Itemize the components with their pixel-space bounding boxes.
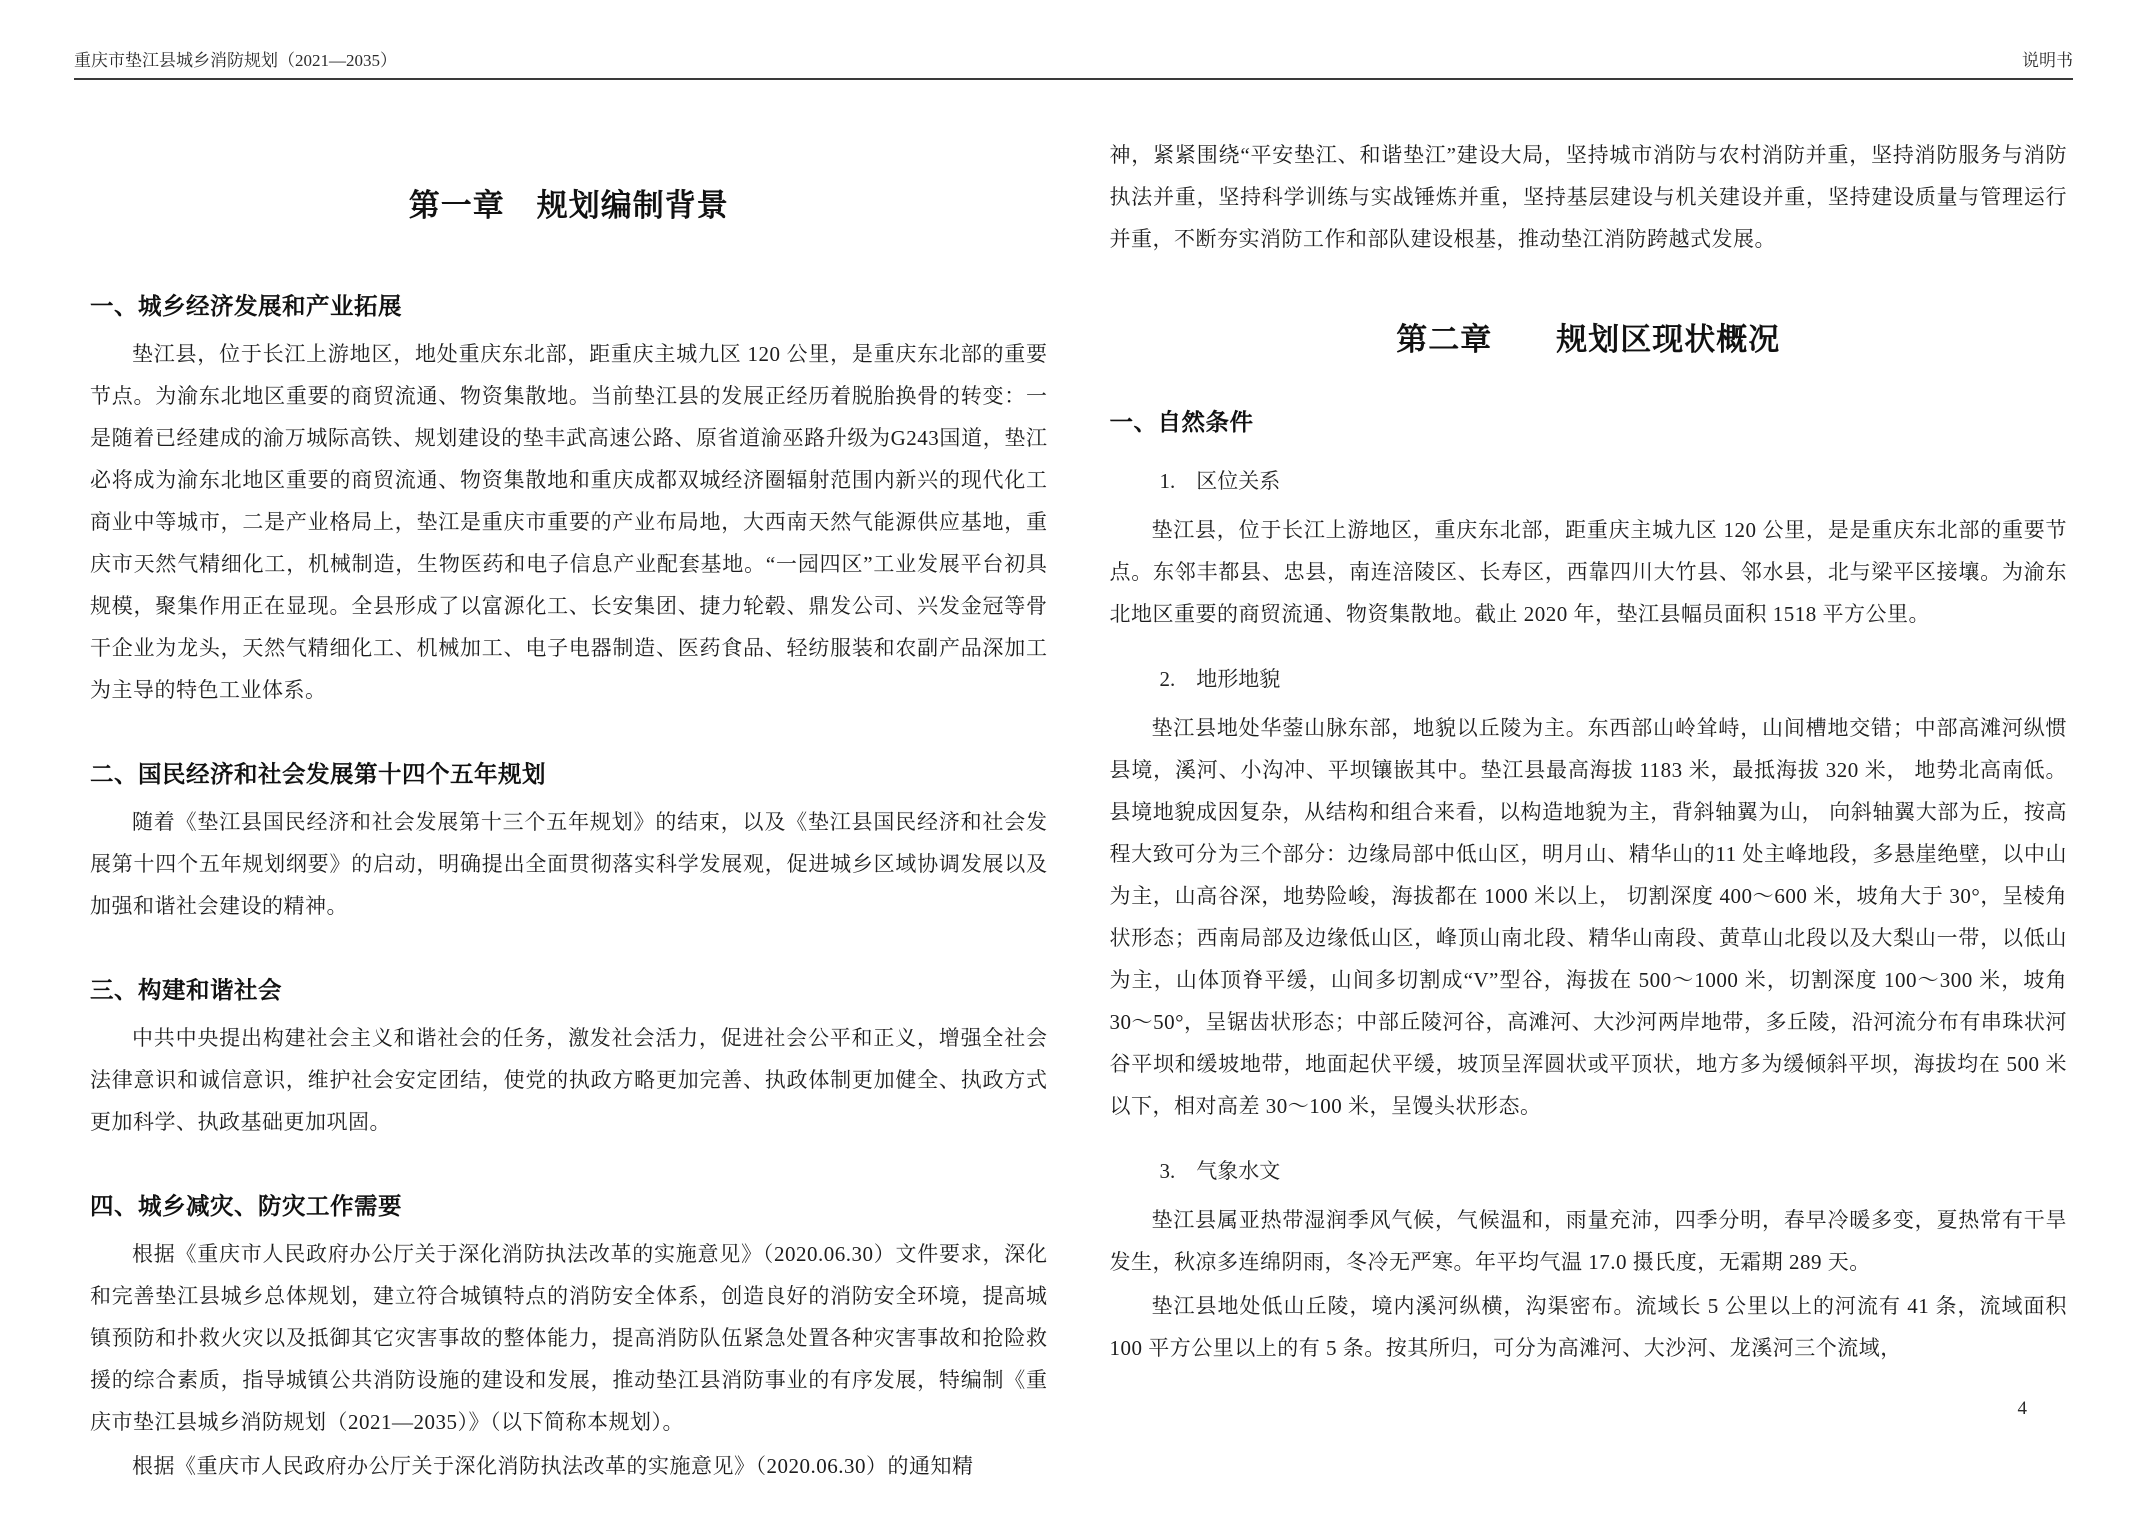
paragraph: 神，紧紧围绕“平安垫江、和谐垫江”建设大局，坚持城市消防与农村消防并重，坚持消防… <box>1110 134 2068 260</box>
section-heading: 二、国民经济和社会发展第十四个五年规划 <box>90 755 1048 789</box>
subsection-heading: 3. 气象水文 <box>1110 1155 2068 1185</box>
running-header-left: 重庆市垫江县城乡消防规划（2021—2035） <box>74 46 397 71</box>
section-heading: 一、自然条件 <box>1110 403 2068 437</box>
paragraph: 随着《垫江县国民经济和社会发展第十三个五年规划》的结束，以及《垫江县国民经济和社… <box>90 801 1048 927</box>
paragraph: 垫江县，位于长江上游地区，重庆东北部，距重庆主城九区 120 公里，是是重庆东北… <box>1110 509 2068 635</box>
paragraph: 垫江县，位于长江上游地区，地处重庆东北部，距重庆主城九区 120 公里，是重庆东… <box>90 333 1048 711</box>
paragraph: 垫江县地处低山丘陵，境内溪河纵横，沟渠密布。流域长 5 公里以上的河流有 41 … <box>1110 1285 2068 1369</box>
chapter-title: 第二章 规划区现状概况 <box>1110 314 2068 359</box>
paragraph: 根据《重庆市人民政府办公厅关于深化消防执法改革的实施意见》（2020.06.30… <box>90 1445 1048 1487</box>
running-header: 重庆市垫江县城乡消防规划（2021—2035） 说明书 <box>74 46 2073 80</box>
section-heading: 四、城乡减灾、防灾工作需要 <box>90 1187 1048 1221</box>
subsection-heading: 2. 地形地貌 <box>1110 663 2068 693</box>
paragraph: 根据《重庆市人民政府办公厅关于深化消防执法改革的实施意见》（2020.06.30… <box>90 1233 1048 1443</box>
section-heading: 一、城乡经济发展和产业拓展 <box>90 287 1048 321</box>
section-heading: 三、构建和谐社会 <box>90 971 1048 1005</box>
running-header-right: 说明书 <box>2022 46 2073 71</box>
document-body: 第一章 规划编制背景一、城乡经济发展和产业拓展垫江县，位于长江上游地区，地处重庆… <box>90 88 2067 1515</box>
paragraph: 垫江县属亚热带湿润季风气候，气候温和，雨量充沛，四季分明，春早冷暖多变，夏热常有… <box>1110 1199 2068 1283</box>
subsection-heading: 1. 区位关系 <box>1110 465 2068 495</box>
page-number: 4 <box>2018 1398 2028 1420</box>
right-page-column: 神，紧紧围绕“平安垫江、和谐垫江”建设大局，坚持城市消防与农村消防并重，坚持消防… <box>1110 88 2068 1515</box>
chapter-title: 第一章 规划编制背景 <box>90 180 1048 225</box>
paragraph: 中共中央提出构建社会主义和谐社会的任务，激发社会活力，促进社会公平和正义，增强全… <box>90 1017 1048 1143</box>
left-page-column: 第一章 规划编制背景一、城乡经济发展和产业拓展垫江县，位于长江上游地区，地处重庆… <box>90 88 1048 1515</box>
paragraph: 垫江县地处华蓥山脉东部，地貌以丘陵为主。东西部山岭耸峙，山间槽地交错；中部高滩河… <box>1110 707 2068 1127</box>
